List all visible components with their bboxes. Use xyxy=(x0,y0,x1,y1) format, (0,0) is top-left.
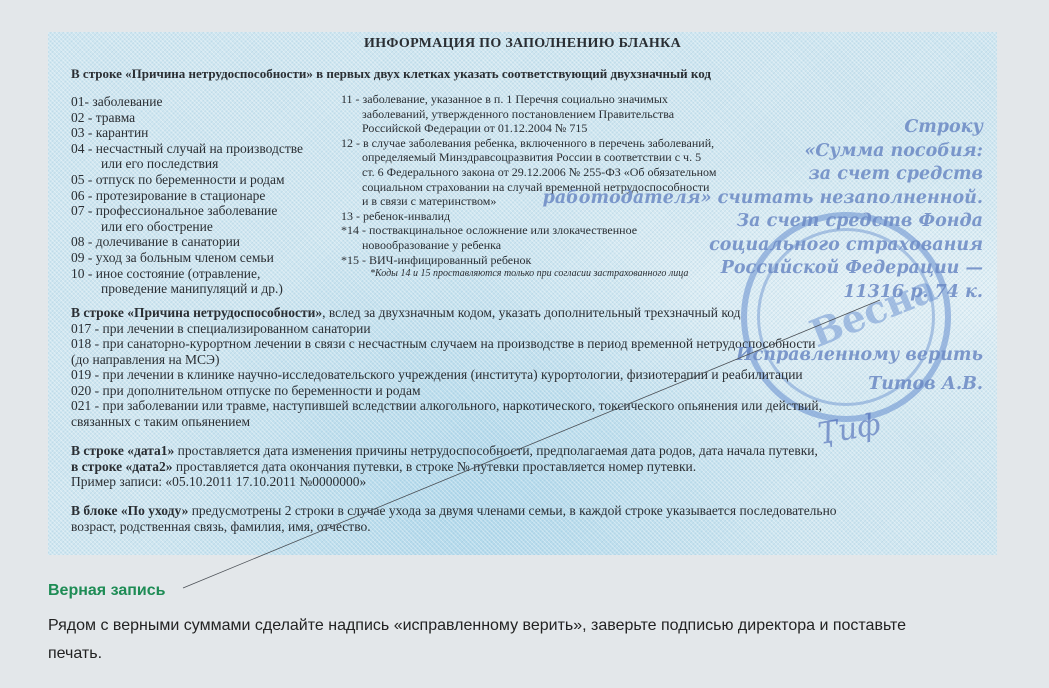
caption-text: Рядом с верными суммами сделайте надпись… xyxy=(48,612,948,668)
caption-title: Верная запись xyxy=(48,582,165,600)
